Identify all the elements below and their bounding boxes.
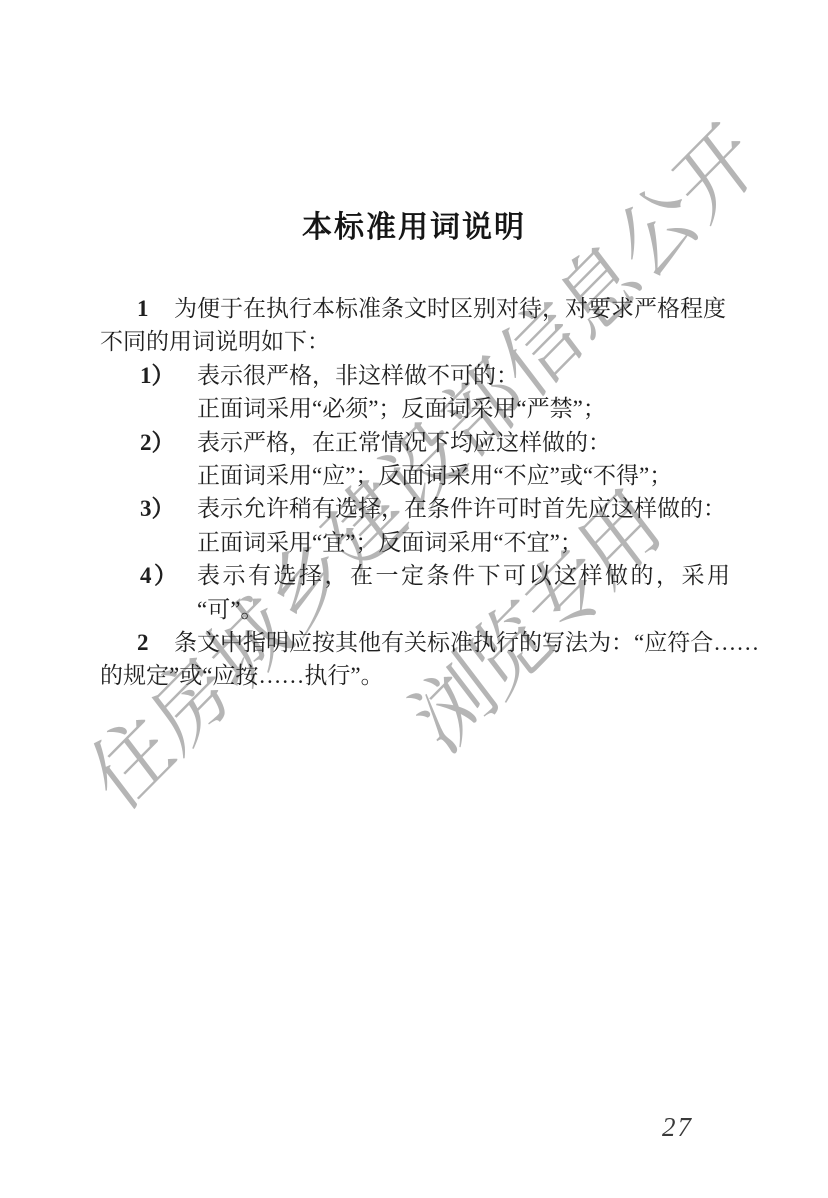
paragraph-1-line-2: 不同的用词说明如下：	[100, 325, 720, 358]
list-item-2-line-1: 2）表示严格，在正常情况下均应这样做的：	[100, 426, 720, 459]
list-marker: 1）	[140, 359, 197, 392]
list-item-text: 表示很严格，非这样做不可的：	[197, 363, 519, 388]
list-item-4-line-1: 4）表示有选择，在一定条件下可以这样做的，采用	[100, 559, 720, 592]
paragraph-number: 2	[137, 626, 151, 659]
paragraph-2-line-2: 的规定”或“应按……执行”。	[100, 659, 720, 692]
list-marker: 4）	[140, 559, 197, 592]
list-item-3-line-1: 3）表示允许稍有选择，在条件许可时首先应这样做的：	[100, 492, 720, 525]
document-page: 住房城乡建设部信息公开 浏览专用 本标准用词说明 1为便于在执行本标准条文时区别…	[0, 0, 828, 1198]
list-marker: 2）	[140, 426, 197, 459]
body-text: 1为便于在执行本标准条文时区别对待，对要求严格程度 不同的用词说明如下： 1）表…	[100, 292, 720, 693]
list-item-text: 表示有选择，在一定条件下可以这样做的，采用	[197, 563, 733, 588]
paragraph-2-line-1: 2条文中指明应按其他有关标准执行的写法为：“应符合……	[100, 626, 720, 659]
list-item-3-line-2: 正面词采用“宜”；反面词采用“不宜”；	[100, 526, 720, 559]
paragraph-text: 条文中指明应按其他有关标准执行的写法为：“应符合……	[174, 630, 759, 655]
list-item-2-line-2: 正面词采用“应”；反面词采用“不应”或“不得”；	[100, 459, 720, 492]
list-item-4-line-2: “可”。	[100, 593, 720, 626]
paragraph-text: 为便于在执行本标准条文时区别对待，对要求严格程度	[174, 296, 726, 321]
list-item-text: 表示允许稍有选择，在条件许可时首先应这样做的：	[197, 496, 726, 521]
list-item-1-line-1: 1）表示很严格，非这样做不可的：	[100, 359, 720, 392]
page-number: 27	[662, 1112, 693, 1143]
page-title: 本标准用词说明	[0, 202, 828, 246]
list-marker: 3）	[140, 492, 197, 525]
list-item-1-line-2: 正面词采用“必须”；反面词采用“严禁”；	[100, 392, 720, 425]
list-item-text: 表示严格，在正常情况下均应这样做的：	[197, 430, 611, 455]
paragraph-1-line-1: 1为便于在执行本标准条文时区别对待，对要求严格程度	[100, 292, 720, 325]
paragraph-number: 1	[137, 292, 151, 325]
